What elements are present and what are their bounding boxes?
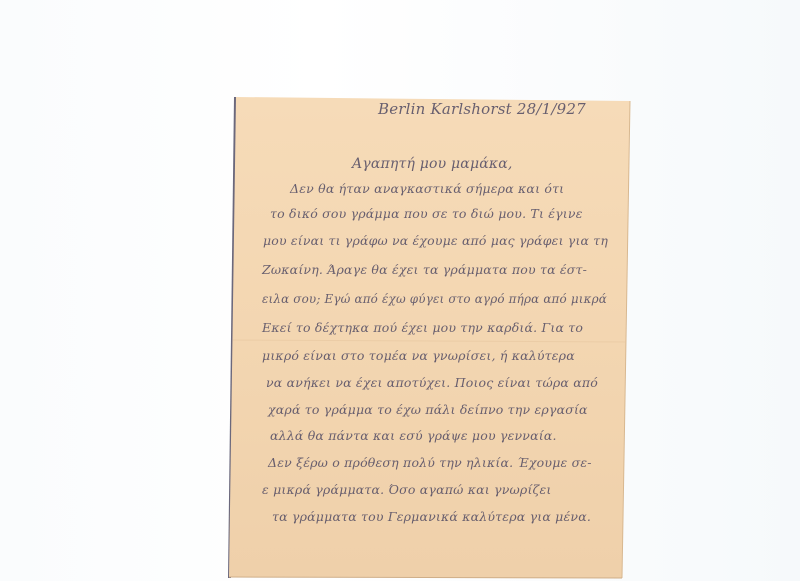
letter-line: Ζωκαίνη. Άραγε θα έχει τα γράμματα που τ… (262, 262, 587, 277)
letter-line: χαρά το γράμμα το έχω πάλι δείπνο την ερ… (268, 402, 588, 417)
letter-line: μικρό είναι στο τομέα να γνωρίσει, ή καλ… (262, 348, 575, 363)
letter-page: Berlin Karlshorst 28/1/927 Αγαπητή μου μ… (0, 0, 800, 581)
letter-line: μου είναι τι γράφω να έχουμε από μας γρά… (263, 233, 608, 248)
letter-line: Δεν ξέρω ο πρόθεση πολύ την ηλικία. Έχου… (268, 455, 592, 470)
letter-line: ε μικρά γράμματα. Όσο αγαπώ και γνωρίζει (262, 482, 552, 497)
letter-line: το δικό σου γράμμα που σε το διώ μου. Τι… (270, 206, 583, 221)
letter-line: τα γράμματα του Γερμανικά καλύτερα για μ… (272, 509, 591, 524)
letter-line: Δεν θα ήταν αναγκαστικά σήμερα και ότι (290, 181, 564, 196)
letter-line: αλλά θα πάντα και εσύ γράψε μου γενναία. (270, 428, 557, 443)
letter-header-place-date: Berlin Karlshorst 28/1/927 (378, 100, 586, 118)
letter-line: Εκεί το δέχτηκα πού έχει μου την καρδιά.… (262, 320, 583, 335)
letter-line: ειλα σου; Εγώ από έχω φύγει στο αγρό πήρ… (262, 291, 607, 306)
letter-greeting: Αγαπητή μου μαμάκα, (352, 156, 513, 172)
letter-line: να ανήκει να έχει αποτύχει. Ποιος είναι … (266, 375, 598, 390)
